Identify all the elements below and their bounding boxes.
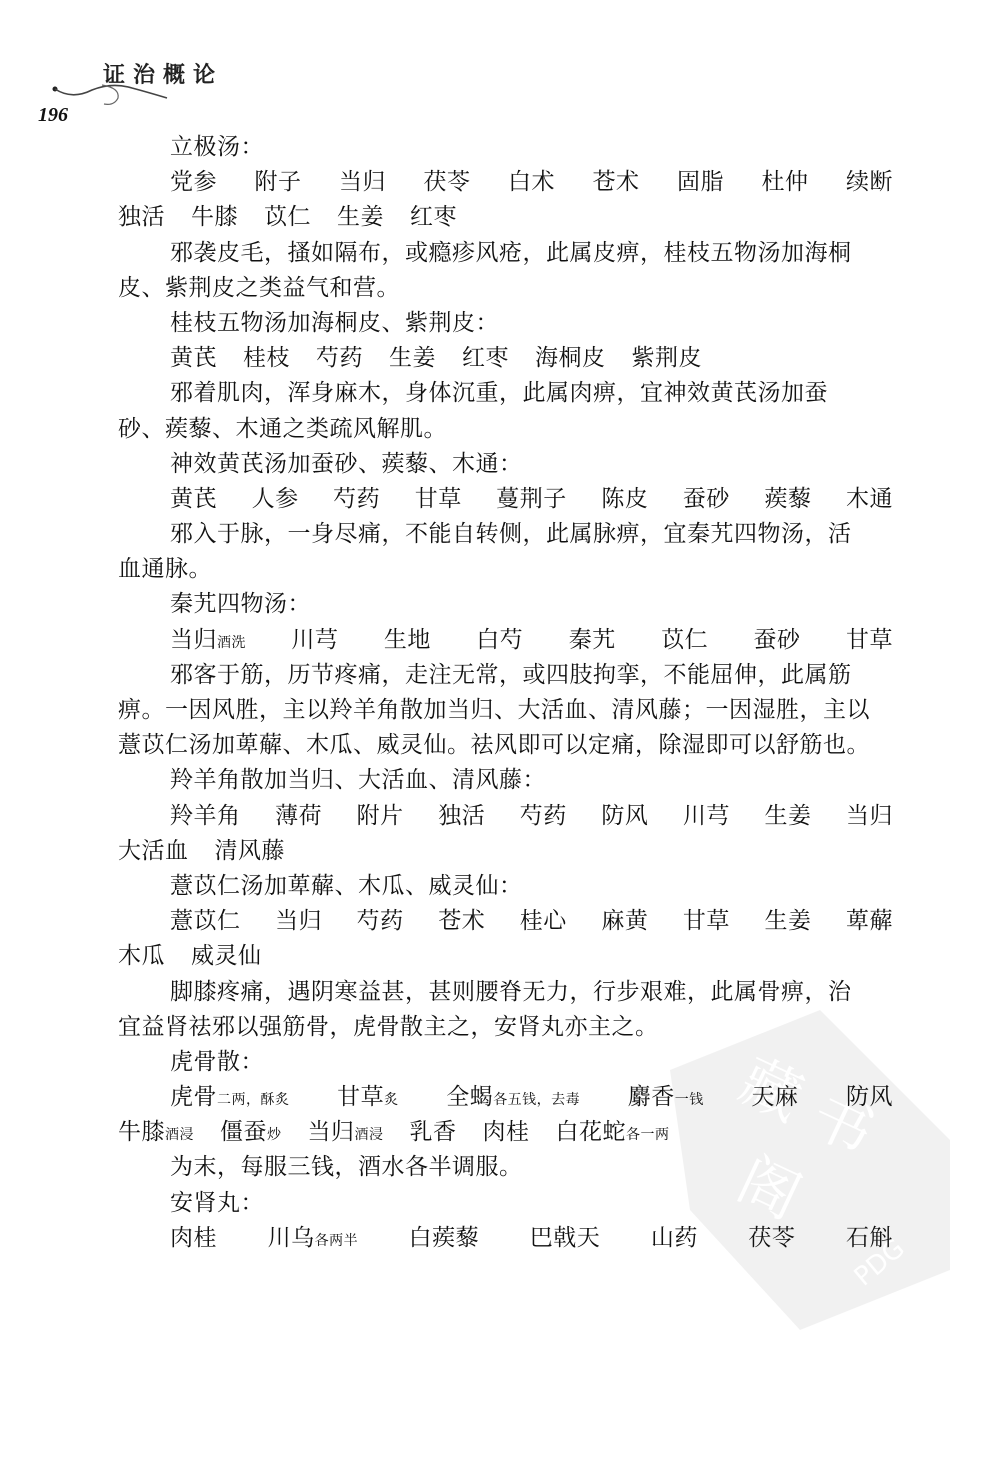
herb-item: 当归 [846, 799, 893, 834]
herb-item: 薄荷 [275, 799, 322, 834]
herb-name: 川芎 [291, 627, 338, 653]
herb-item: 白花蛇各一两 [556, 1119, 670, 1145]
herb-name: 党参 [170, 169, 217, 195]
herb-item: 天麻 [751, 1080, 798, 1115]
herb-item: 川芎 [291, 623, 338, 658]
herb-name: 苍术 [593, 169, 640, 195]
herb-name: 杜仲 [762, 169, 809, 195]
herb-item: 薏苡仁 [170, 904, 241, 939]
herb-name: 白蒺藜 [409, 1225, 480, 1251]
herb-note: 一钱 [675, 1092, 704, 1108]
herb-item: 续断 [846, 165, 893, 200]
herb-name: 黄芪 [170, 486, 217, 512]
herb-name: 生姜 [337, 204, 384, 230]
body-paragraph: 邪着肌肉，浑身麻木，身体沉重，此属肉痹，宜神效黄芪汤加蚕砂、蒺藜、木通之类疏风解… [118, 376, 893, 446]
herb-name: 苍术 [438, 908, 485, 934]
herb-item: 独活 [118, 204, 165, 230]
herb-item: 当归酒洗 [170, 623, 246, 658]
herb-item: 生姜 [337, 204, 384, 230]
herb-name: 大活血 [118, 838, 189, 864]
herb-name: 独活 [438, 803, 485, 829]
herb-name: 当归 [308, 1119, 355, 1145]
text-line: 邪袭皮毛，搔如隔布，或瘾疹风疮，此属皮痹，桂枝五物汤加海桐 [118, 236, 893, 271]
text-line: 羚羊角散加当归、大活血、清风藤： [118, 763, 893, 798]
herb-list: 黄芪人参芍药甘草蔓荆子陈皮蚕砂蒺藜木通 [118, 482, 893, 517]
herb-list: 党参附子当归茯苓白术苍术固脂杜仲续断独活牛膝苡仁生姜红枣 [118, 165, 893, 235]
formula-heading: 羚羊角散加当归、大活血、清风藤： [118, 763, 893, 798]
herb-note: 各两半 [315, 1233, 359, 1249]
herb-name: 芍药 [316, 345, 363, 371]
herb-item: 桂枝 [243, 345, 290, 371]
herb-item: 白蒺藜 [409, 1221, 480, 1256]
text-line: 邪客于筋，历节疼痛，走注无常，或四肢拘挛，不能屈伸，此属筋 [118, 658, 893, 693]
herb-name: 黄芪 [170, 345, 217, 371]
herb-name: 芍药 [333, 486, 380, 512]
herb-name: 牛膝 [118, 1119, 165, 1145]
text-line: 宜益肾祛邪以强筋骨，虎骨散主之，安肾丸亦主之。 [118, 1010, 893, 1045]
herb-name: 当归 [275, 908, 322, 934]
text-line: 脚膝疼痛，遇阴寒益甚，甚则腰脊无力，行步艰难，此属骨痹，治 [118, 975, 893, 1010]
herb-name: 萆薢 [846, 908, 893, 934]
herb-name: 羚羊角 [170, 803, 241, 829]
herb-item: 黄芪 [170, 482, 217, 517]
herb-name: 天麻 [751, 1084, 798, 1110]
herb-name: 红枣 [410, 204, 457, 230]
herb-item: 甘草 [415, 482, 462, 517]
herb-item: 石斛 [846, 1221, 893, 1256]
herb-item: 川乌各两半 [268, 1221, 359, 1256]
herb-item: 白芍 [476, 623, 523, 658]
herb-name: 蚕砂 [683, 486, 730, 512]
formula-heading: 桂枝五物汤加海桐皮、紫荆皮： [118, 306, 893, 341]
herb-item: 紫荆皮 [632, 345, 703, 371]
text-line: 黄芪桂枝芍药生姜红枣海桐皮紫荆皮 [118, 341, 893, 376]
herb-name: 山药 [651, 1225, 698, 1251]
herb-item: 陈皮 [601, 482, 648, 517]
herb-item: 蔓荆子 [496, 482, 567, 517]
text-line: 薏苡仁汤加萆薢、木瓜、威灵仙。祛风即可以定痛，除湿即可以舒筋也。 [118, 728, 893, 763]
herb-name: 牛膝 [191, 204, 238, 230]
body-paragraph: 邪入于脉，一身尽痛，不能自转侧，此属脉痹，宜秦艽四物汤，活血通脉。 [118, 517, 893, 587]
herb-name: 茯苓 [424, 169, 471, 195]
herb-note: 各一两 [626, 1127, 670, 1143]
page-body: 立极汤：党参附子当归茯苓白术苍术固脂杜仲续断独活牛膝苡仁生姜红枣邪袭皮毛，搔如隔… [118, 130, 893, 1256]
text-line: 薏苡仁当归芍药苍术桂心麻黄甘草生姜萆薢 [118, 904, 893, 939]
text-line: 砂、蒺藜、木通之类疏风解肌。 [118, 412, 893, 447]
herb-name: 生姜 [764, 803, 811, 829]
herb-name: 僵蚕 [220, 1119, 267, 1145]
herb-name: 人参 [252, 486, 299, 512]
herb-item: 黄芪 [170, 345, 217, 371]
herb-note: 各五钱，去毒 [493, 1092, 580, 1108]
herb-item: 肉桂 [170, 1221, 217, 1256]
herb-item: 芍药 [316, 345, 363, 371]
herb-item: 当归酒浸 [308, 1119, 384, 1145]
herb-item: 党参 [170, 165, 217, 200]
text-line: 为末，每服三钱，酒水各半调服。 [118, 1150, 893, 1185]
herb-name: 清风藤 [215, 838, 286, 864]
herb-name: 白花蛇 [556, 1119, 627, 1145]
herb-name: 甘草 [415, 486, 462, 512]
text-line: 立极汤： [118, 130, 893, 165]
herb-item: 乳香 [410, 1119, 457, 1145]
herb-name: 白术 [508, 169, 555, 195]
formula-heading: 立极汤： [118, 130, 893, 165]
herb-name: 威灵仙 [191, 943, 262, 969]
herb-item: 苡仁 [661, 623, 708, 658]
herb-item: 生地 [384, 623, 431, 658]
herb-list: 薏苡仁当归芍药苍术桂心麻黄甘草生姜萆薢木瓜威灵仙 [118, 904, 893, 974]
herb-item: 全蝎各五钱，去毒 [446, 1080, 580, 1115]
herb-item: 防风 [601, 799, 648, 834]
herb-name: 芍药 [357, 908, 404, 934]
herb-item: 苡仁 [264, 204, 311, 230]
herb-item: 海桐皮 [535, 345, 606, 371]
herb-name: 茯苓 [748, 1225, 795, 1251]
herb-name: 肉桂 [483, 1119, 530, 1145]
herb-item: 牛膝酒浸 [118, 1119, 194, 1145]
herb-list: 肉桂川乌各两半白蒺藜巴戟天山药茯苓石斛 [118, 1221, 893, 1256]
text-line: 皮、紫荆皮之类益气和营。 [118, 271, 893, 306]
herb-name: 白芍 [476, 627, 523, 653]
formula-heading: 神效黄芪汤加蚕砂、蒺藜、木通： [118, 447, 893, 482]
herb-item: 羚羊角 [170, 799, 241, 834]
text-line: 虎骨二两，酥炙甘草炙全蝎各五钱，去毒麝香一钱天麻防风 [118, 1080, 893, 1115]
herb-item: 茯苓 [424, 165, 471, 200]
herb-name: 附片 [357, 803, 404, 829]
herb-note: 炒 [267, 1127, 282, 1143]
herb-item: 山药 [651, 1221, 698, 1256]
herb-item: 甘草 [846, 623, 893, 658]
herb-name: 海桐皮 [535, 345, 606, 371]
text-line: 邪入于脉，一身尽痛，不能自转侧，此属脉痹，宜秦艽四物汤，活 [118, 517, 893, 552]
herb-name: 桂枝 [243, 345, 290, 371]
text-line: 独活牛膝苡仁生姜红枣 [118, 200, 893, 235]
text-line: 羚羊角薄荷附片独活芍药防风川芎生姜当归 [118, 799, 893, 834]
herb-name: 薄荷 [275, 803, 322, 829]
herb-item: 清风藤 [215, 838, 286, 864]
text-line: 黄芪人参芍药甘草蔓荆子陈皮蚕砂蒺藜木通 [118, 482, 893, 517]
herb-item: 生姜 [764, 799, 811, 834]
formula-heading: 虎骨散： [118, 1045, 893, 1080]
decorative-swash-icon [52, 80, 172, 110]
herb-item: 红枣 [410, 204, 457, 230]
page-number: 196 [38, 104, 68, 127]
herb-item: 人参 [252, 482, 299, 517]
formula-heading: 为末，每服三钱，酒水各半调服。 [118, 1150, 893, 1185]
herb-item: 木瓜 [118, 943, 165, 969]
herb-item: 附片 [357, 799, 404, 834]
herb-name: 蒺藜 [764, 486, 811, 512]
herb-item: 威灵仙 [191, 943, 262, 969]
herb-name: 木瓜 [118, 943, 165, 969]
text-line: 安肾丸： [118, 1186, 893, 1221]
herb-item: 生姜 [389, 345, 436, 371]
text-line: 秦艽四物汤： [118, 587, 893, 622]
herb-name: 甘草 [337, 1084, 384, 1110]
text-line: 血通脉。 [118, 552, 893, 587]
formula-heading: 秦艽四物汤： [118, 587, 893, 622]
text-line: 虎骨散： [118, 1045, 893, 1080]
herb-item: 芍药 [520, 799, 567, 834]
herb-item: 桂心 [520, 904, 567, 939]
herb-item: 大活血 [118, 838, 189, 864]
herb-name: 续断 [846, 169, 893, 195]
herb-item: 秦艽 [569, 623, 616, 658]
herb-item: 木通 [846, 482, 893, 517]
herb-item: 蒺藜 [764, 482, 811, 517]
herb-item: 苍术 [593, 165, 640, 200]
herb-name: 附子 [255, 169, 302, 195]
herb-item: 防风 [846, 1080, 893, 1115]
herb-item: 生姜 [764, 904, 811, 939]
herb-name: 固脂 [677, 169, 724, 195]
herb-name: 当归 [846, 803, 893, 829]
herb-name: 肉桂 [170, 1225, 217, 1251]
herb-item: 芍药 [357, 904, 404, 939]
herb-note: 炙 [384, 1092, 399, 1108]
herb-list: 虎骨二两，酥炙甘草炙全蝎各五钱，去毒麝香一钱天麻防风牛膝酒浸僵蚕炒当归酒浸乳香肉… [118, 1080, 893, 1150]
text-line: 当归酒洗川芎生地白芍秦艽苡仁蚕砂甘草 [118, 623, 893, 658]
herb-item: 甘草 [683, 904, 730, 939]
herb-name: 麻黄 [601, 908, 648, 934]
herb-item: 附子 [255, 165, 302, 200]
herb-name: 红枣 [462, 345, 509, 371]
herb-name: 防风 [601, 803, 648, 829]
herb-item: 茯苓 [748, 1221, 795, 1256]
herb-name: 川乌 [268, 1225, 315, 1251]
text-line: 肉桂川乌各两半白蒺藜巴戟天山药茯苓石斛 [118, 1221, 893, 1256]
herb-name: 苡仁 [661, 627, 708, 653]
herb-name: 秦艽 [569, 627, 616, 653]
herb-note: 酒洗 [217, 635, 246, 651]
herb-item: 牛膝 [191, 204, 238, 230]
herb-item: 固脂 [677, 165, 724, 200]
text-line: 大活血清风藤 [118, 834, 893, 869]
herb-name: 薏苡仁 [170, 908, 241, 934]
body-paragraph: 邪袭皮毛，搔如隔布，或瘾疹风疮，此属皮痹，桂枝五物汤加海桐皮、紫荆皮之类益气和营… [118, 236, 893, 306]
herb-list: 当归酒洗川芎生地白芍秦艽苡仁蚕砂甘草 [118, 623, 893, 658]
herb-name: 乳香 [410, 1119, 457, 1145]
herb-name: 苡仁 [264, 204, 311, 230]
herb-note: 二两，酥炙 [217, 1092, 290, 1108]
herb-item: 蚕砂 [683, 482, 730, 517]
herb-item: 苍术 [438, 904, 485, 939]
herb-name: 石斛 [846, 1225, 893, 1251]
herb-name: 生姜 [389, 345, 436, 371]
herb-item: 独活 [438, 799, 485, 834]
herb-name: 全蝎 [446, 1084, 493, 1110]
herb-item: 麝香一钱 [628, 1080, 704, 1115]
herb-name: 麝香 [628, 1084, 675, 1110]
herb-name: 川芎 [683, 803, 730, 829]
herb-item: 杜仲 [762, 165, 809, 200]
herb-name: 独活 [118, 204, 165, 230]
herb-item: 白术 [508, 165, 555, 200]
text-line: 牛膝酒浸僵蚕炒当归酒浸乳香肉桂白花蛇各一两 [118, 1115, 893, 1150]
herb-item: 蚕砂 [754, 623, 801, 658]
herb-list: 黄芪桂枝芍药生姜红枣海桐皮紫荆皮 [118, 341, 893, 376]
herb-item: 芍药 [333, 482, 380, 517]
herb-name: 蚕砂 [754, 627, 801, 653]
herb-name: 桂心 [520, 908, 567, 934]
herb-item: 僵蚕炒 [220, 1119, 282, 1145]
herb-item: 萆薢 [846, 904, 893, 939]
herb-name: 蔓荆子 [496, 486, 567, 512]
herb-item: 虎骨二两，酥炙 [170, 1080, 290, 1115]
herb-item: 川芎 [683, 799, 730, 834]
herb-name: 虎骨 [170, 1084, 217, 1110]
herb-list: 羚羊角薄荷附片独活芍药防风川芎生姜当归大活血清风藤 [118, 799, 893, 869]
body-paragraph: 脚膝疼痛，遇阴寒益甚，甚则腰脊无力，行步艰难，此属骨痹，治宜益肾祛邪以强筋骨，虎… [118, 975, 893, 1045]
herb-name: 防风 [846, 1084, 893, 1110]
herb-name: 当归 [339, 169, 386, 195]
text-line: 木瓜威灵仙 [118, 939, 893, 974]
text-line: 痹。一因风胜，主以羚羊角散加当归、大活血、清风藤；一因湿胜，主以 [118, 693, 893, 728]
herb-name: 甘草 [846, 627, 893, 653]
herb-name: 木通 [846, 486, 893, 512]
formula-heading: 安肾丸： [118, 1186, 893, 1221]
text-line: 邪着肌肉，浑身麻木，身体沉重，此属肉痹，宜神效黄芪汤加蚕 [118, 376, 893, 411]
herb-name: 紫荆皮 [632, 345, 703, 371]
herb-name: 巴戟天 [530, 1225, 601, 1251]
herb-note: 酒浸 [355, 1127, 384, 1143]
herb-item: 巴戟天 [530, 1221, 601, 1256]
herb-name: 当归 [170, 627, 217, 653]
herb-item: 红枣 [462, 345, 509, 371]
body-paragraph: 邪客于筋，历节疼痛，走注无常，或四肢拘挛，不能屈伸，此属筋痹。一因风胜，主以羚羊… [118, 658, 893, 764]
herb-item: 肉桂 [483, 1119, 530, 1145]
herb-name: 生地 [384, 627, 431, 653]
herb-name: 陈皮 [601, 486, 648, 512]
herb-name: 甘草 [683, 908, 730, 934]
herb-name: 生姜 [764, 908, 811, 934]
herb-item: 当归 [339, 165, 386, 200]
herb-note: 酒浸 [165, 1127, 194, 1143]
herb-item: 麻黄 [601, 904, 648, 939]
text-line: 桂枝五物汤加海桐皮、紫荆皮： [118, 306, 893, 341]
herb-item: 当归 [275, 904, 322, 939]
text-line: 薏苡仁汤加萆薢、木瓜、威灵仙： [118, 869, 893, 904]
formula-heading: 薏苡仁汤加萆薢、木瓜、威灵仙： [118, 869, 893, 904]
herb-item: 甘草炙 [337, 1080, 399, 1115]
herb-name: 芍药 [520, 803, 567, 829]
text-line: 党参附子当归茯苓白术苍术固脂杜仲续断 [118, 165, 893, 200]
text-line: 神效黄芪汤加蚕砂、蒺藜、木通： [118, 447, 893, 482]
